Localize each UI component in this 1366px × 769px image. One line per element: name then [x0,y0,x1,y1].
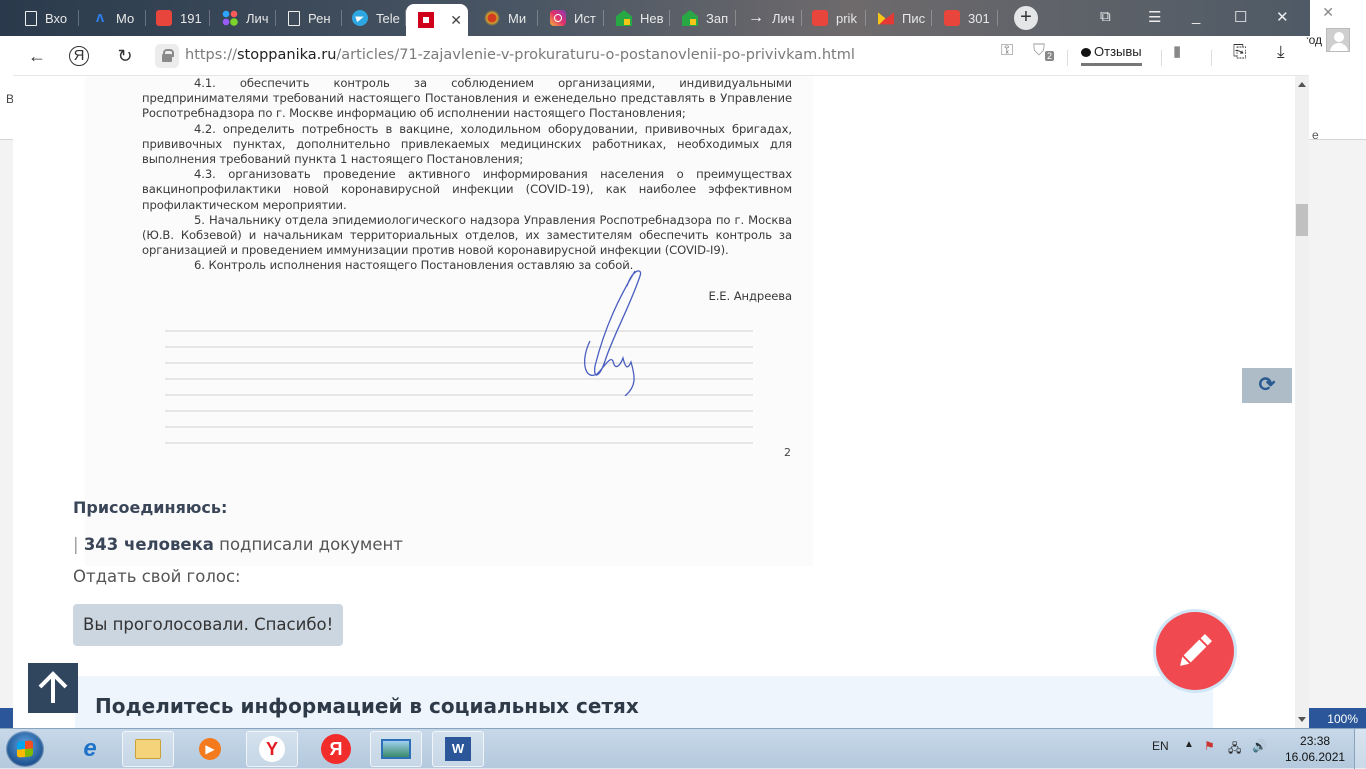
avatar-icon [1326,28,1350,52]
tab-divider [78,10,79,26]
tabs-overview-icon[interactable]: ⧉ [1100,8,1111,25]
tab[interactable]: Нев [604,4,670,32]
tab[interactable]: Лич [210,4,276,32]
arrow-up-icon [28,663,78,713]
scroll-to-top-button[interactable] [28,663,78,713]
tab-label: Ист [574,11,596,26]
language-indicator[interactable]: EN [1152,739,1169,753]
reviews-label: Отзывы [1094,44,1142,59]
paragraph: 4.2. определить потребность в вакцине, х… [142,122,792,168]
red-shield-icon [812,10,828,26]
tab[interactable]: Ми [472,4,538,32]
signed-prefix: | [73,535,79,554]
tab[interactable]: 301 [932,4,998,32]
tab[interactable]: Пис [866,4,932,32]
action-center-flag-icon[interactable]: ⚑ [1204,739,1215,753]
start-button[interactable] [6,731,44,767]
windows-taskbar: e ▶ Y Я W EN ▲ ⚑ 🖧 🔊 23:38 16.06.2021 [0,728,1366,768]
red-shield-icon [156,10,172,26]
tab-label: Пис [902,11,925,26]
tab-label: Tele [376,11,400,26]
emblem-icon [484,10,500,26]
collections-icon[interactable]: ⎘ [1233,42,1247,62]
signed-count: 343 человека [84,535,214,554]
tab-label: Ми [508,11,526,26]
tab-label: Лич [772,11,795,26]
tab-label: 301 [968,11,990,26]
clock-date: 16.06.2021 [1285,749,1345,765]
red-shield-icon [944,10,960,26]
internet-explorer-icon[interactable]: e [64,731,116,767]
url-path: /articles/71-zajavlenie-v-prokuraturu-o-… [336,47,854,63]
document-icon [25,11,37,26]
protect-shield-icon[interactable]: ⛉2 [1033,42,1054,61]
tab[interactable]: 191 [144,4,210,32]
document-text: г. Правительству Москвы 4.1. обеспечить … [142,76,792,304]
lock-icon[interactable] [155,44,179,68]
tab[interactable]: Ист [538,4,604,32]
zoom-level[interactable]: 100% [1327,712,1358,726]
download-icon[interactable]: ⤓ [1277,42,1285,62]
url-host: stoppanika.ru [237,47,336,63]
close-tab-icon[interactable]: ✕ [450,12,462,29]
share-section: Поделитесь информацией в социальных сетя… [75,676,1213,728]
tab[interactable]: →Лич [736,4,802,32]
scroll-down-icon[interactable] [1298,717,1306,722]
reviews-button[interactable]: Отзывы [1081,44,1142,66]
signed-count-text: | 343 человека подписали документ [73,535,403,554]
yandex-icon[interactable]: Я [69,46,89,66]
green-house-icon [682,10,698,26]
bookmark-icon[interactable]: ▮ [1173,42,1181,60]
address-toolbar: ← Я ↻ https://stoppanika.ru/articles/71-… [13,36,1309,76]
green-house-icon [616,10,632,26]
protect-badge: 2 [1045,51,1054,61]
paragraph: 4.1. обеспечить контроль за соблюдением … [142,76,792,122]
reload-icon[interactable]: ↻ [113,44,137,68]
m-logo-icon: ʌ [92,10,108,26]
file-explorer-icon[interactable] [122,731,174,767]
voted-button[interactable]: Вы проголосовали. Спасибо! [73,604,343,646]
word-icon[interactable]: W [432,731,484,767]
paragraph: 4.3. организовать проведение активного и… [142,167,792,213]
tab[interactable]: ✕ [406,4,468,36]
join-label: Присоединяюсь: [73,498,227,517]
maximize-icon[interactable]: ☐ [1234,8,1247,26]
pencil-icon [1156,612,1234,690]
signature-scribble [565,266,685,396]
tab[interactable]: Вхо [13,4,79,32]
page-scrollbar[interactable] [1295,76,1309,728]
tab-label: Нев [640,11,664,26]
minimize-icon[interactable]: _ [1192,8,1200,25]
network-icon[interactable]: 🖧 [1228,739,1241,760]
address-bar[interactable]: https://stoppanika.ru/articles/71-zajavl… [185,47,855,63]
divider [1211,50,1212,66]
media-player-icon[interactable]: ▶ [184,731,236,767]
scroll-thumb[interactable] [1296,204,1308,236]
clock-time: 23:38 [1285,733,1345,749]
paragraph: 6. Контроль исполнения настоящего Постан… [142,258,792,273]
signed-suffix: подписали документ [219,535,403,554]
show-desktop-button[interactable] [1354,729,1366,768]
tab-label: Вхо [45,11,67,26]
speech-bubble-icon [1081,48,1091,57]
show-hidden-icons[interactable]: ▲ [1184,739,1194,750]
paragraph: 5. Начальнику отдела эпидемиологического… [142,213,792,259]
divider [1067,50,1068,66]
tab-label: Рен [308,11,331,26]
page-viewport: г. Правительству Москвы 4.1. обеспечить … [13,76,1295,728]
close-window-icon[interactable]: ✕ [1276,8,1289,26]
menu-icon[interactable]: ☰ [1148,8,1161,26]
tab-label: 191 [180,11,202,26]
tab[interactable]: prik [800,4,866,32]
scroll-up-icon[interactable] [1298,82,1306,87]
mail-icon [878,10,894,26]
clock[interactable]: 23:38 16.06.2021 [1285,733,1345,765]
vote-label: Отдать свой голос: [73,567,241,586]
tab-label: Зап [706,11,728,26]
tab[interactable]: Зап [670,4,736,32]
word-fragment-text: е [1312,128,1319,142]
tab-label: prik [836,11,857,26]
divider [1161,50,1162,66]
refresh-button[interactable]: ⟳ [1242,368,1292,403]
password-key-icon[interactable]: ⚿ [1001,42,1013,60]
new-tab-button[interactable]: + [1014,6,1038,30]
instagram-icon [550,10,566,26]
photo-viewer-icon[interactable] [370,731,422,767]
tab[interactable]: Tele [340,4,406,32]
yandex-browser-icon[interactable]: Y [246,731,298,767]
volume-icon[interactable]: 🔊 [1252,739,1267,753]
url-scheme: https:// [185,47,237,63]
signatory: Е.Е. Андреева [142,289,792,304]
share-title: Поделитесь информацией в социальных сетя… [95,694,639,718]
tab-divider [997,10,998,26]
document-icon [288,11,300,26]
colored-dots-icon [222,10,238,26]
back-icon[interactable]: ← [25,44,49,68]
page-number: 2 [784,446,791,459]
red-square-icon [418,12,434,28]
scanned-document-image: г. Правительству Москвы 4.1. обеспечить … [85,76,813,566]
tab[interactable]: ʌМо [80,4,146,32]
telegram-icon [352,10,368,26]
browser-window: ВхоʌМо191ЛичРенTele✕МиИстНевЗап→ЛичprikП… [13,0,1309,728]
arrow-right-icon: → [748,10,764,26]
tab[interactable]: Рен [276,4,342,32]
tab-label: Лич [246,11,269,26]
tab-label: Мо [116,11,134,26]
tab-bar: ВхоʌМо191ЛичРенTele✕МиИстНевЗап→ЛичprikП… [0,0,1310,36]
refresh-icon: ⟳ [1259,374,1276,396]
yandex-icon[interactable]: Я [310,731,362,767]
write-button[interactable] [1156,612,1234,690]
